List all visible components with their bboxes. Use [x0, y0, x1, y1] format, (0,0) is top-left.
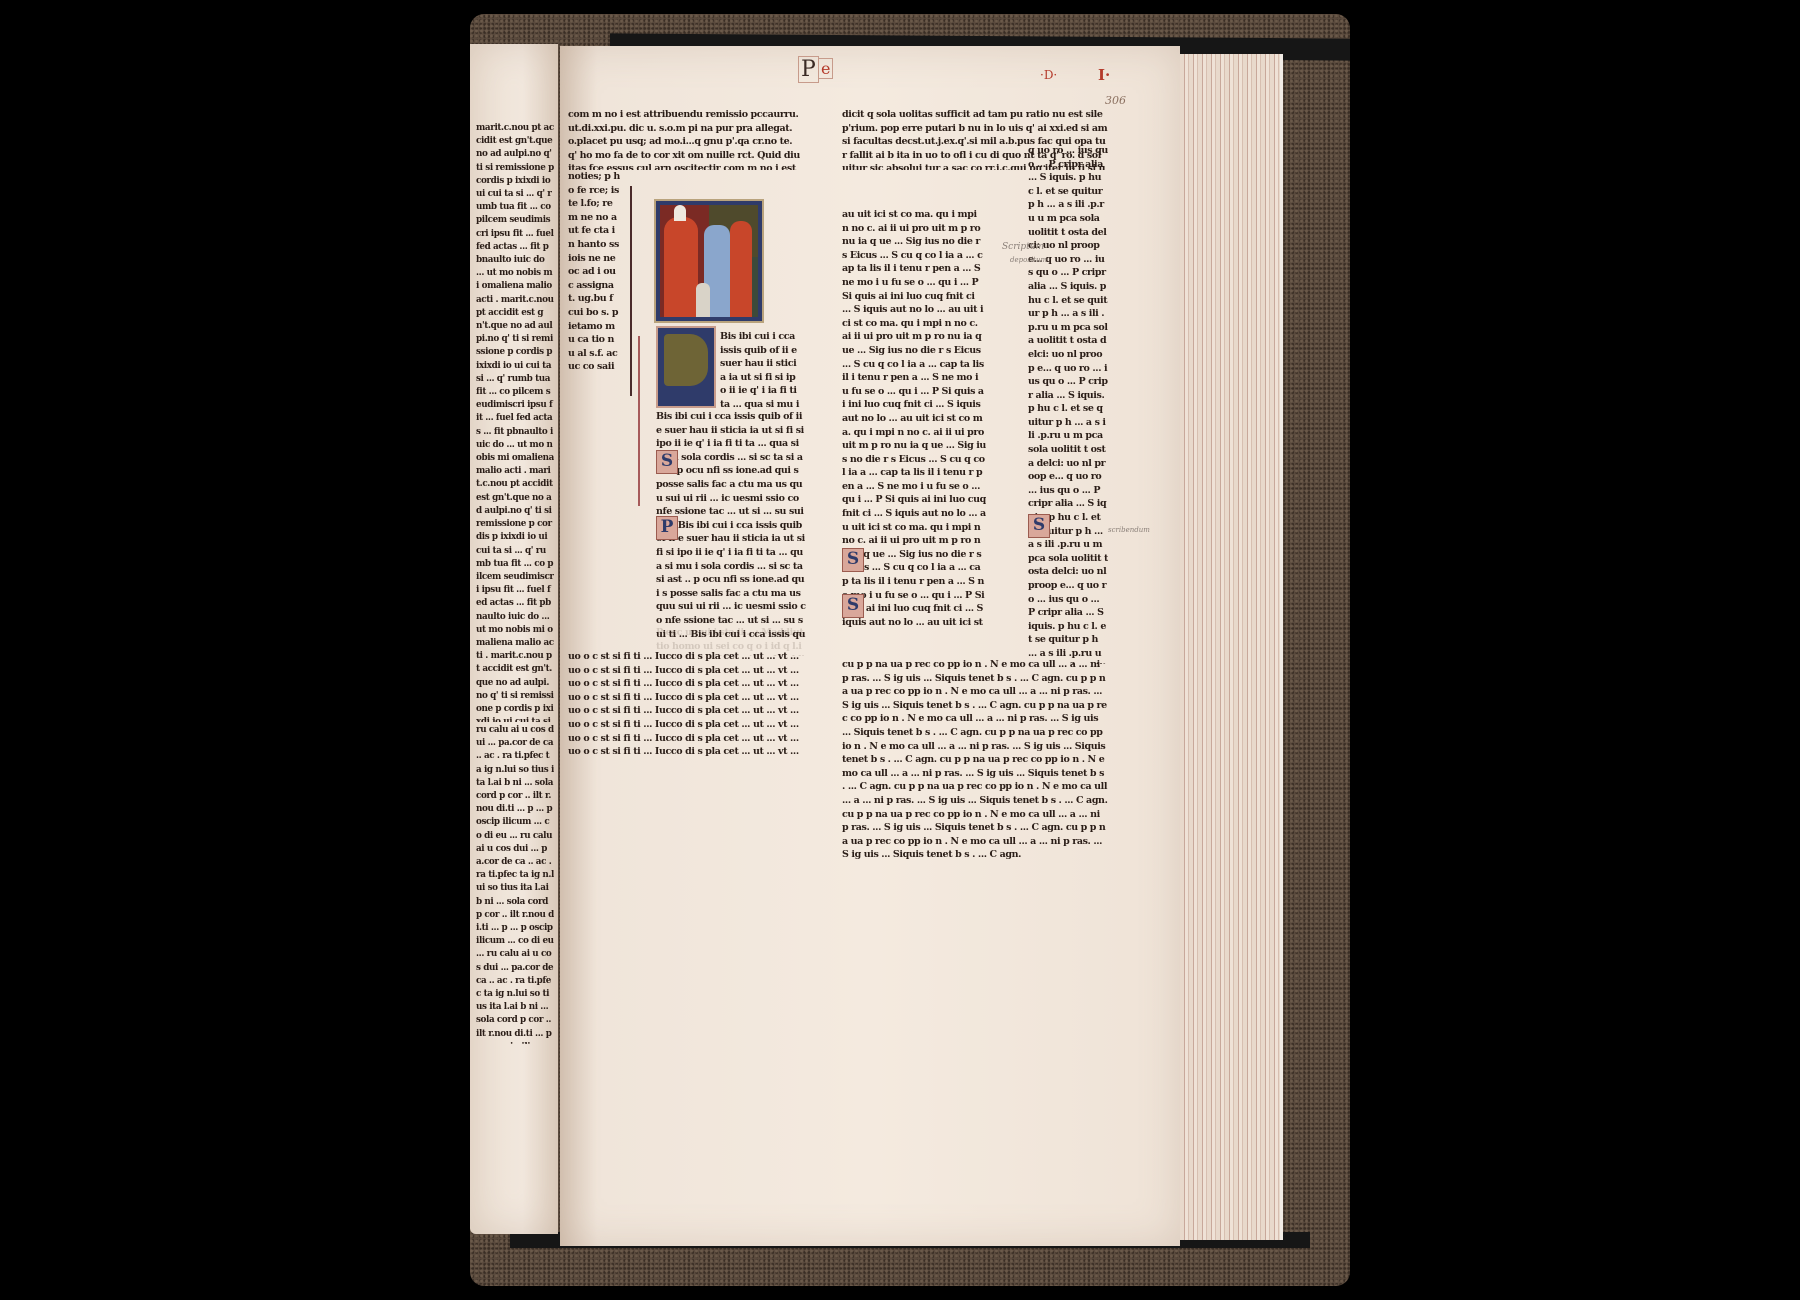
folio-number: 306	[1105, 94, 1126, 107]
kneeling-figure	[696, 283, 710, 317]
book-mark-numeral: I·	[1098, 66, 1110, 84]
bishop-figure-right	[730, 221, 752, 317]
gloss-side-text: noties; p ho fe rce; iste l.fo; rem ne n…	[568, 170, 620, 370]
left-gloss-text-lower: ru calu ai u cos dui ... pa.cor de ca ..…	[476, 724, 554, 1044]
left-page: marit.c.nou pt accidit est gn't.que no a…	[470, 44, 558, 1234]
lower-gloss-center: uo o c st si fi ti ... Iucco di s pla ce…	[568, 650, 806, 942]
lectern	[752, 257, 760, 317]
bishop-figure-left	[664, 217, 698, 317]
right-page: P e ·D· I· 306 com m no i est attribuend…	[560, 46, 1180, 1246]
small-initial-s-3: S	[842, 594, 864, 618]
illuminated-miniature	[656, 201, 762, 321]
small-initial-s-4: S	[1028, 514, 1050, 538]
mitre-left	[674, 205, 686, 221]
main-text-column-body: Bis ibi cui i cca issis quib of ii e sue…	[656, 410, 806, 640]
left-gloss-text: marit.c.nou pt accidit est gn't.que no a…	[476, 122, 554, 722]
margin-note-upper: Scriptum	[1002, 242, 1044, 252]
margin-note-lower: scribendum	[1108, 526, 1150, 534]
lower-gloss-right: cu p p na ua p rec co pp io n . N e mo c…	[842, 658, 1108, 938]
running-title-right: e	[818, 58, 833, 79]
book-mark-dot: ·D·	[1040, 68, 1057, 82]
main-text-column: Bis ibi cui i cca issis quib of ii e sue…	[720, 330, 800, 410]
small-initial-s-2: S	[842, 548, 864, 572]
small-initial-s: S	[656, 450, 678, 474]
lion-motif	[664, 334, 708, 386]
small-initial-p: P	[656, 516, 678, 540]
marginal-tendril	[630, 186, 632, 396]
margin-note-upper-sub: depositum	[1010, 256, 1047, 264]
running-title-left: P	[798, 56, 819, 83]
historiated-initial-p	[656, 326, 716, 408]
gloss-top-text: com m no i est attribuendu remissio pcca…	[568, 108, 800, 170]
page-fore-edge	[1180, 54, 1283, 1240]
outer-gloss-column: q uo ro ... ius qu o ... P cripr alia ..…	[1028, 144, 1108, 664]
manuscript-photograph: marit.c.nou pt accidit est gn't.que no a…	[470, 14, 1350, 1286]
marginal-tendril-2	[638, 336, 640, 506]
